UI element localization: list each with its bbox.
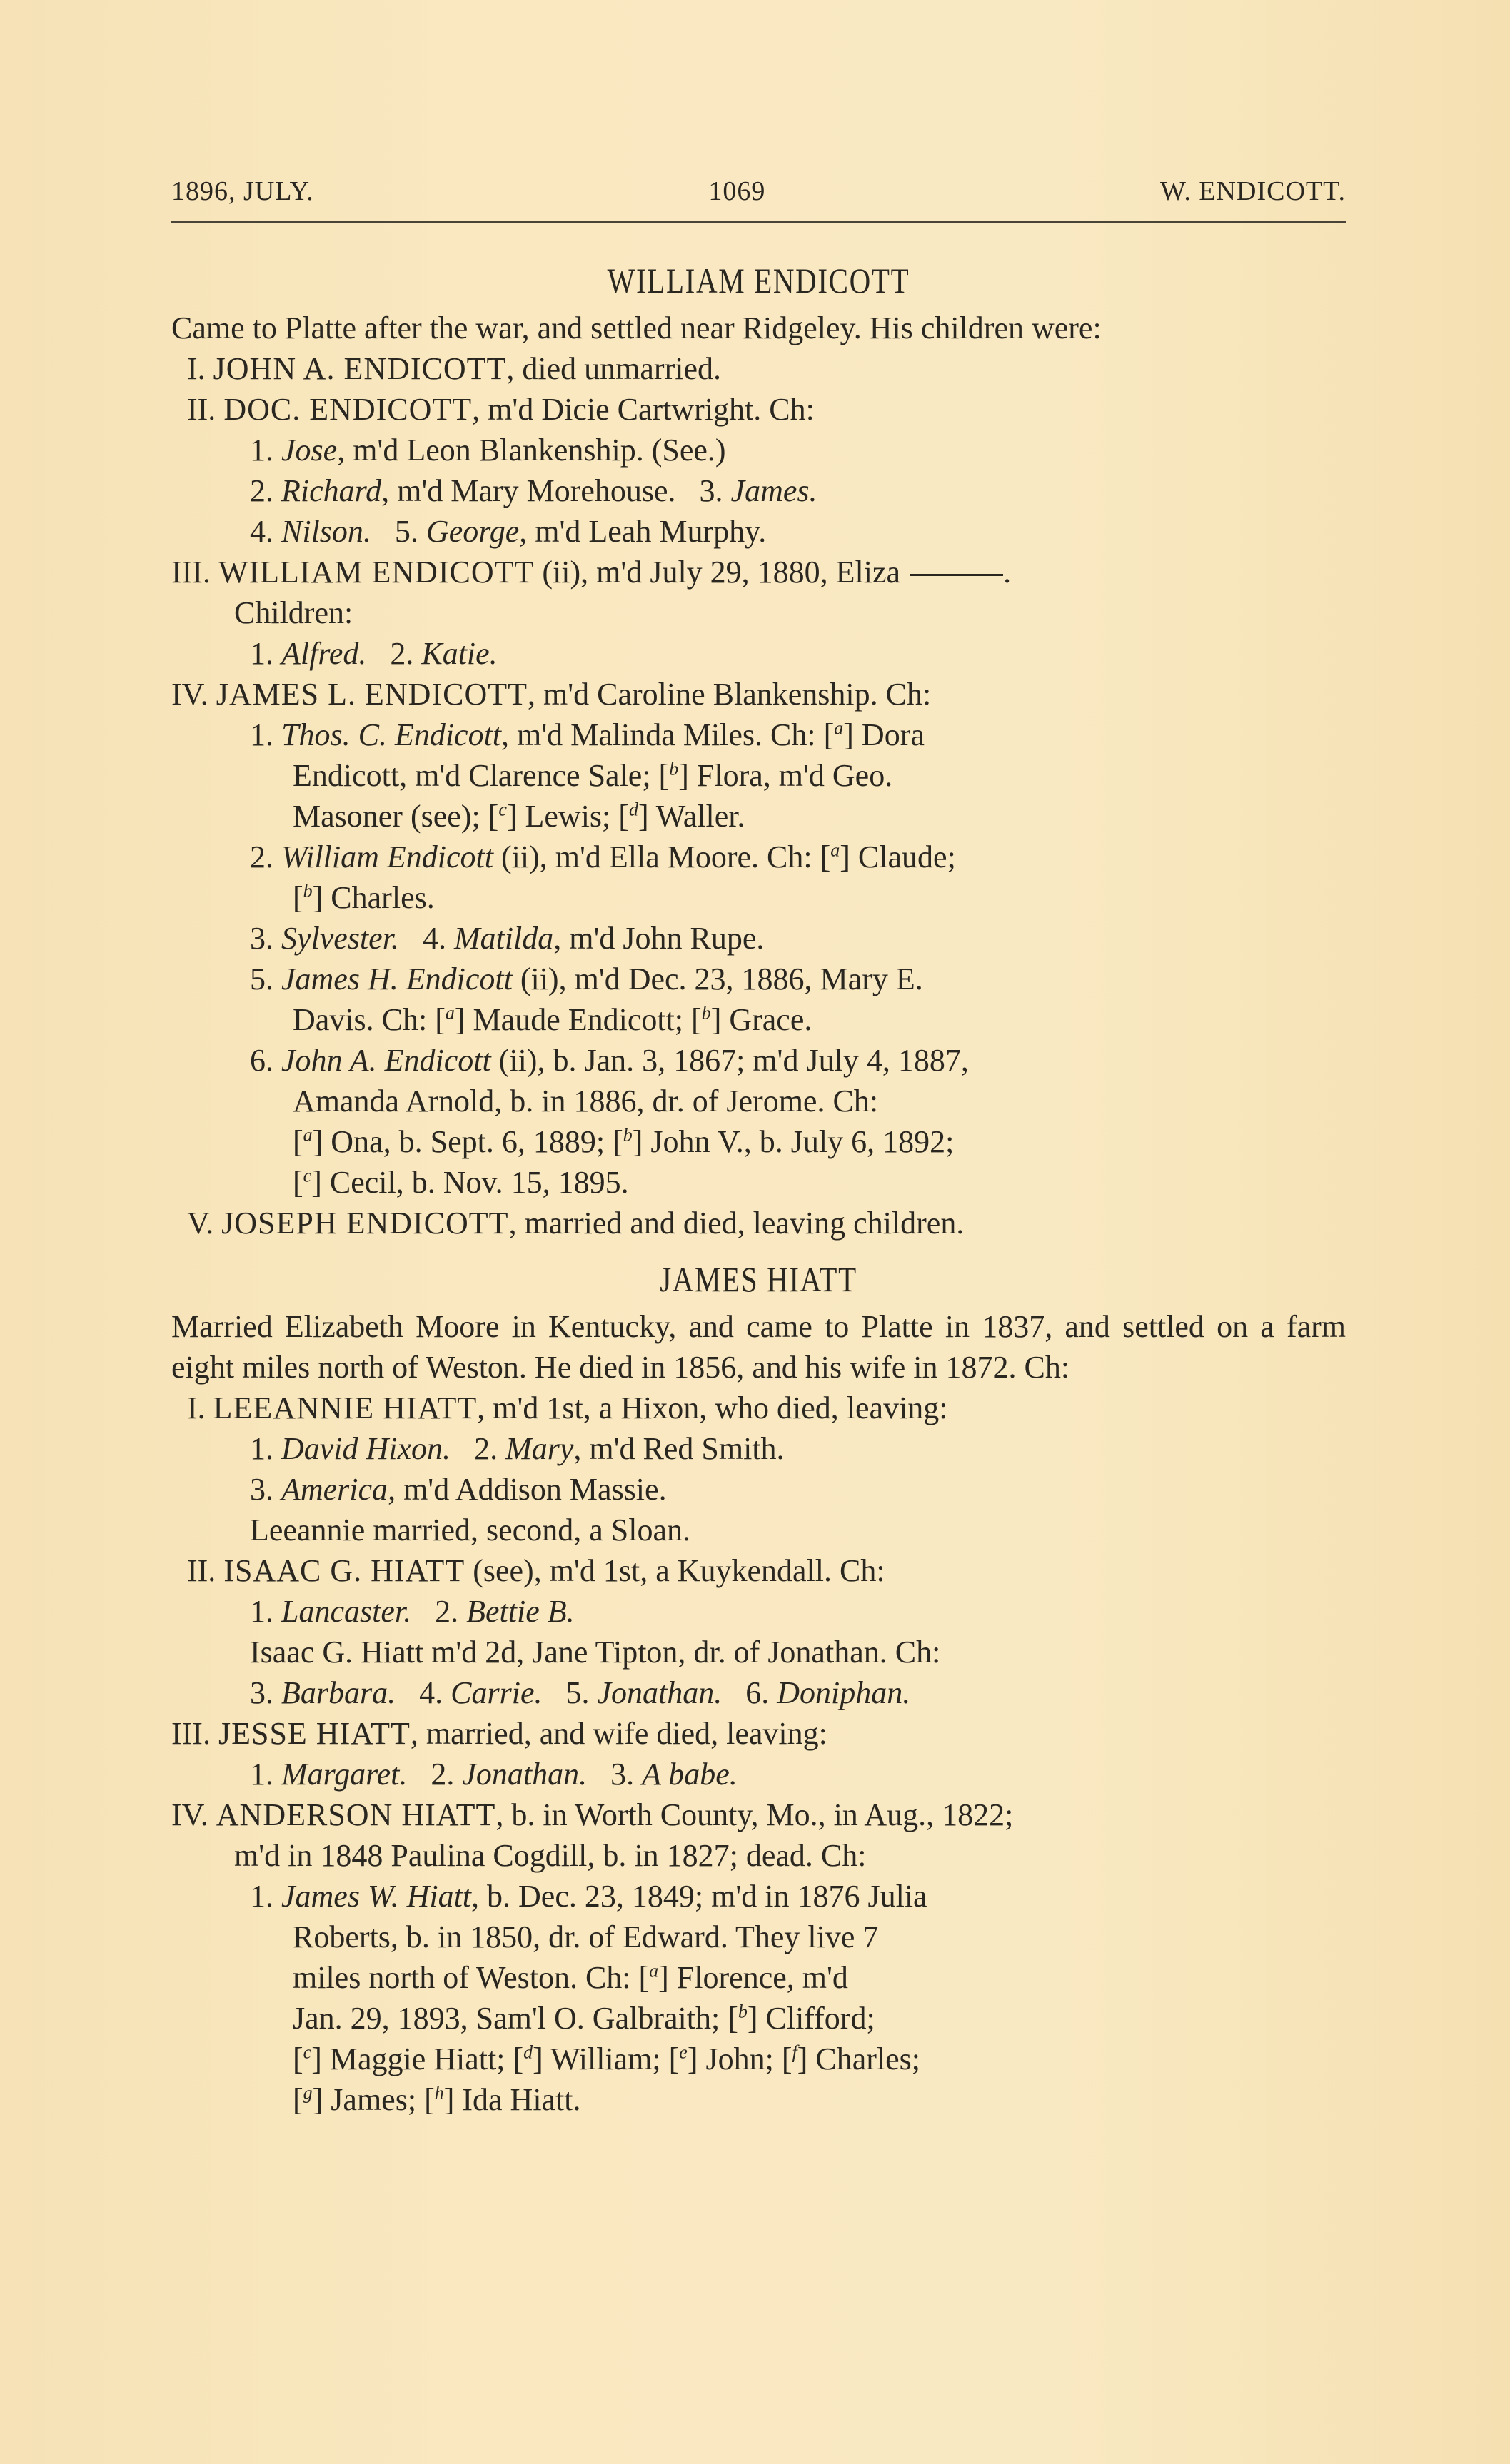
grandchild-name: John A. Endicott: [281, 1043, 491, 1078]
grandchild-line: 1. Margaret. 2. Jonathan. 3. A babe.: [171, 1754, 1346, 1794]
grandchild-name: Thos. C. Endicott: [281, 717, 501, 752]
child-entry: II. ISAAC G. HIATT (see), m'd 1st, a Kuy…: [171, 1550, 1346, 1591]
grandchild-name: Margaret.: [281, 1757, 407, 1792]
child-name: DOC. ENDICOTT: [223, 392, 472, 427]
grandchild-line: 2. Richard, m'd Mary Morehouse. 3. James…: [171, 470, 1346, 511]
child-entry: III. WILLIAM ENDICOTT (ii), m'd July 29,…: [171, 552, 1346, 592]
grandchild-name: Nilson.: [281, 514, 371, 549]
grandchild-name: Doniphan.: [777, 1675, 910, 1710]
child-name: LEEANNIE HIATT: [213, 1390, 478, 1425]
grandchild-line: 6. John A. Endicott (ii), b. Jan. 3, 186…: [171, 1040, 1346, 1081]
grandchild-line: 3. America, m'd Addison Massie.: [171, 1469, 1346, 1510]
grandchild-continuation: [c] Cecil, b. Nov. 15, 1895.: [171, 1162, 1346, 1203]
grandchild-continuation: miles north of Weston. Ch: [a] Florence,…: [171, 1957, 1346, 1998]
grandchild-name: Jonathan.: [597, 1675, 722, 1710]
grandchild-line: 1. Thos. C. Endicott, m'd Malinda Miles.…: [171, 715, 1346, 755]
grandchild-continuation: Davis. Ch: [a] Maude Endicott; [b] Grace…: [171, 999, 1346, 1040]
grandchild-name: James.: [731, 473, 817, 508]
grandchild-name: Matilda: [454, 921, 553, 956]
child-entry: IV. JAMES L. ENDICOTT, m'd Caroline Blan…: [171, 674, 1346, 715]
section-james-hiatt: JAMES HIATT Married Elizabeth Moore in K…: [171, 1258, 1346, 2120]
grandchild-continuation: [g] James; [h] Ida Hiatt.: [171, 2079, 1346, 2120]
note-line: Leeannie married, second, a Sloan.: [171, 1510, 1346, 1550]
grandchild-name: Bettie B.: [466, 1594, 575, 1629]
book-page: 1896, JULY. 1069 W. ENDICOTT. WILLIAM EN…: [171, 171, 1346, 2120]
note-line: Isaac G. Hiatt m'd 2d, Jane Tipton, dr. …: [171, 1632, 1346, 1672]
grandchild-line: 1. Jose, m'd Leon Blankenship. (See.): [171, 430, 1346, 470]
grandchild-name: Sylvester.: [281, 921, 399, 956]
section-intro: Came to Platte after the war, and settle…: [171, 308, 1346, 348]
child-entry: II. DOC. ENDICOTT, m'd Dicie Cartwright.…: [171, 389, 1346, 430]
child-name: ANDERSON HIATT: [216, 1797, 496, 1832]
grandchild-line: 4. Nilson. 5. George, m'd Leah Murphy.: [171, 511, 1346, 552]
child-name: JAMES L. ENDICOTT: [216, 677, 528, 712]
grandchild-line: 2. William Endicott (ii), m'd Ella Moore…: [171, 837, 1346, 877]
grandchild-name: Katie.: [421, 636, 497, 671]
grandchild-continuation: [c] Maggie Hiatt; [d] William; [e] John;…: [171, 2039, 1346, 2079]
grandchild-continuation: Masoner (see); [c] Lewis; [d] Waller.: [171, 796, 1346, 837]
running-head: 1896, JULY. 1069 W. ENDICOTT.: [171, 171, 1346, 217]
section-title: WILLIAM ENDICOTT: [277, 259, 1240, 302]
grandchild-name: A babe.: [642, 1757, 738, 1792]
grandchild-continuation: Jan. 29, 1893, Sam'l O. Galbraith; [b] C…: [171, 1998, 1346, 2039]
section-title: JAMES HIATT: [277, 1258, 1240, 1301]
grandchild-continuation: Roberts, b. in 1850, dr. of Edward. They…: [171, 1917, 1346, 1957]
child-name: JESSE HIATT: [218, 1716, 411, 1751]
grandchild-continuation: Endicott, m'd Clarence Sale; [b] Flora, …: [171, 755, 1346, 796]
running-head-subject: W. ENDICOTT.: [1160, 176, 1346, 207]
child-entry: V. JOSEPH ENDICOTT, married and died, le…: [171, 1203, 1346, 1243]
grandchild-line: 1. David Hixon. 2. Mary, m'd Red Smith.: [171, 1428, 1346, 1469]
child-entry: IV. ANDERSON HIATT, b. in Worth County, …: [171, 1794, 1346, 1835]
grandchild-line: 1. James W. Hiatt, b. Dec. 23, 1849; m'd…: [171, 1876, 1346, 1917]
child-name: ISAAC G. HIATT: [223, 1553, 465, 1588]
grandchild-name: James H. Endicott: [281, 961, 513, 996]
grandchild-line: 1. Alfred. 2. Katie.: [171, 633, 1346, 674]
grandchild-name: Jonathan.: [462, 1757, 587, 1792]
grandchild-name: James W. Hiatt: [281, 1879, 471, 1914]
grandchild-line: 5. James H. Endicott (ii), m'd Dec. 23, …: [171, 959, 1346, 999]
grandchild-name: Mary: [505, 1431, 573, 1466]
header-rule: [171, 221, 1346, 223]
grandchild-name: Alfred.: [281, 636, 366, 671]
grandchild-line: 1. Lancaster. 2. Bettie B.: [171, 1591, 1346, 1632]
running-head-date: 1896, JULY.: [171, 176, 314, 207]
section-william-endicott: WILLIAM ENDICOTT Came to Platte after th…: [171, 259, 1346, 1243]
child-entry: III. JESSE HIATT, married, and wife died…: [171, 1713, 1346, 1754]
child-continuation: m'd in 1848 Paulina Cogdill, b. in 1827;…: [171, 1835, 1346, 1876]
grandchild-name: Barbara.: [281, 1675, 396, 1710]
grandchild-name: Richard: [281, 473, 381, 508]
grandchild-name: David Hixon.: [281, 1431, 451, 1466]
grandchild-name: America: [281, 1472, 388, 1507]
child-name: JOSEPH ENDICOTT: [221, 1206, 508, 1241]
child-entry: I. JOHN A. ENDICOTT, died unmarried.: [171, 348, 1346, 389]
grandchild-name: Jose: [281, 433, 337, 468]
grandchild-name: William Endicott: [281, 839, 493, 874]
page-number: 1069: [708, 176, 765, 207]
grandchild-line: 3. Barbara. 4. Carrie. 5. Jonathan. 6. D…: [171, 1672, 1346, 1713]
grandchild-continuation: Amanda Arnold, b. in 1886, dr. of Jerome…: [171, 1081, 1346, 1121]
child-name: JOHN A. ENDICOTT: [213, 351, 507, 386]
grandchild-name: George: [426, 514, 519, 549]
child-name: WILLIAM ENDICOTT: [218, 555, 534, 590]
section-intro: Married Elizabeth Moore in Kentucky, and…: [171, 1306, 1346, 1388]
grandchild-name: Carrie.: [451, 1675, 542, 1710]
grandchild-name: Lancaster.: [281, 1594, 411, 1629]
grandchild-continuation: [a] Ona, b. Sept. 6, 1889; [b] John V., …: [171, 1121, 1346, 1162]
child-entry: I. LEEANNIE HIATT, m'd 1st, a Hixon, who…: [171, 1388, 1346, 1428]
blank-dash: [910, 574, 1003, 576]
children-label: Children:: [171, 592, 1346, 633]
grandchild-continuation: [b] Charles.: [171, 877, 1346, 918]
grandchild-line: 3. Sylvester. 4. Matilda, m'd John Rupe.: [171, 918, 1346, 959]
